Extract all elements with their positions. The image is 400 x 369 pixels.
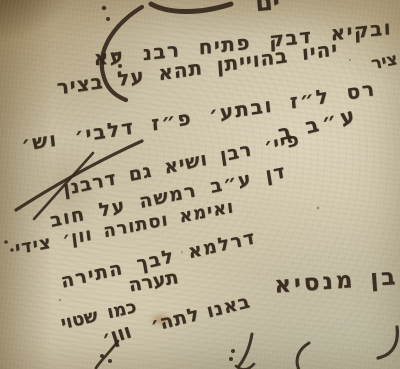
paper-bright-patch — [248, 196, 308, 236]
manuscript-margin-word: ציר — [369, 49, 399, 74]
manuscript-name-annotation: בן מנסיא — [273, 264, 399, 299]
manuscript-line-10: באנו לתה׳ — [148, 290, 252, 336]
cropped-stroke-fragments — [96, 327, 397, 369]
manuscript-page: ים ובקיא דבק פתיח רבנ עא ציר יהיו בהויית… — [0, 0, 400, 369]
manuscript-top-fragment: ים — [254, 0, 281, 17]
